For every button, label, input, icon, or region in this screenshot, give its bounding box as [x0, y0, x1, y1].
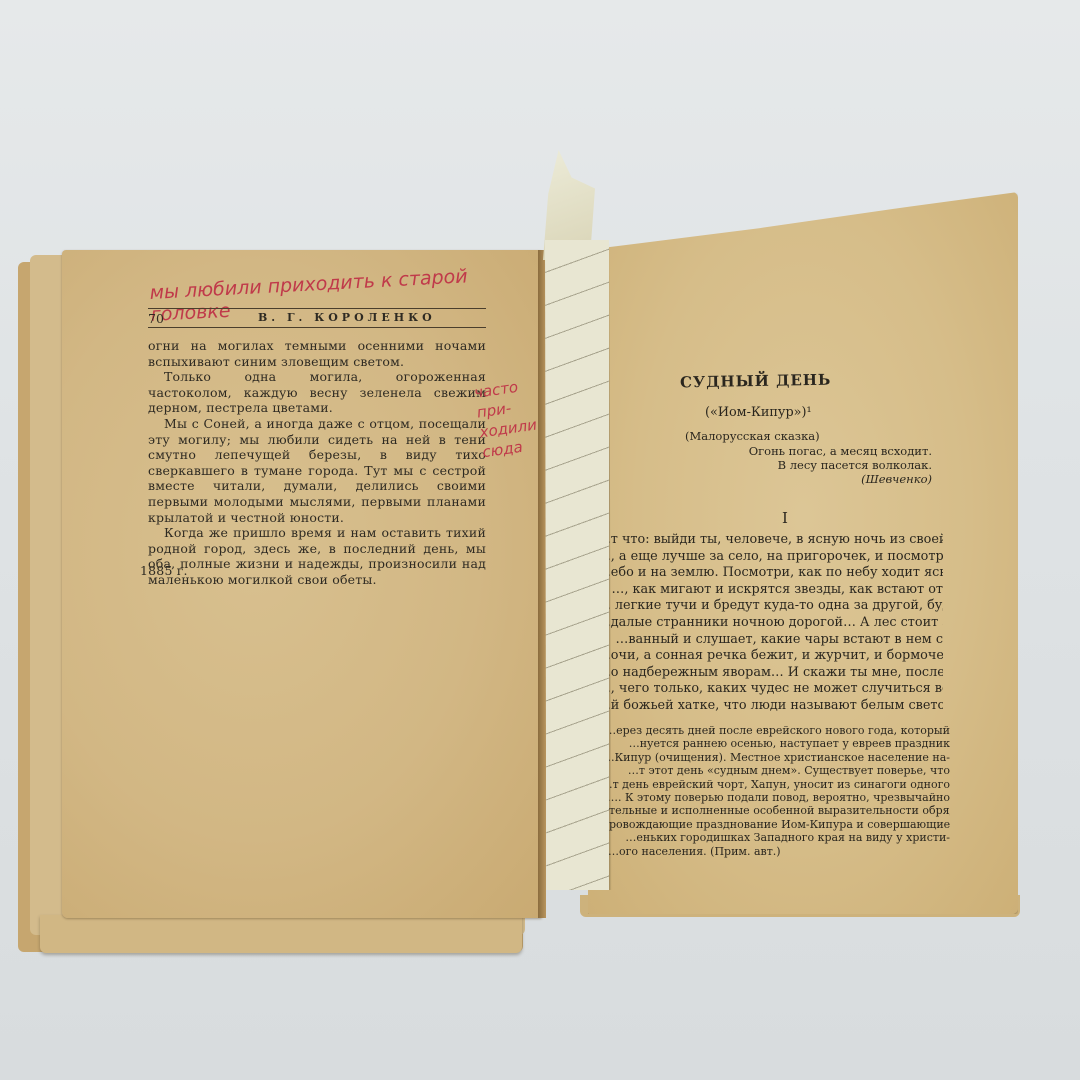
- epigraph-author: (Шевченко): [742, 472, 932, 486]
- body-line: …т что: выйди ты, человече, в ясную ночь…: [598, 532, 943, 549]
- running-head: В. Г. КОРОЛЕНКО: [258, 311, 436, 324]
- page-header: 70 В. Г. КОРОЛЕНКО: [148, 308, 486, 328]
- chapter-subtitle: («Иом-Кипур»)¹: [705, 405, 812, 422]
- footnote-line: …тельные и исполненные особенной выразит…: [598, 804, 950, 817]
- paper-bookmark[interactable]: [545, 240, 609, 890]
- footnote-line: …ерез десять дней после еврейского новог…: [598, 724, 950, 737]
- body-line: …очи, а сонная речка бежит, и журчит, и …: [598, 648, 943, 665]
- genre-label: (Малорусская сказка): [685, 428, 820, 445]
- right-page-body: …т что: выйди ты, человече, в ясную ночь…: [598, 532, 943, 715]
- body-line: …й божьей хатке, что люди называют белым…: [598, 698, 943, 715]
- left-page-body: огни на могилах темными осенними ночами …: [148, 338, 486, 588]
- footnote-line: …Кипур (очищения). Местное христианское …: [598, 751, 950, 764]
- epigraph-line: В лесу пасется волколак.: [742, 458, 932, 472]
- footnote: …ерез десять дней после еврейского новог…: [598, 724, 950, 858]
- epigraph-line: Огонь погас, а месяц всходит.: [742, 444, 932, 458]
- footnote-line: …нуется раннею осенью, наступает у еврее…: [598, 737, 950, 750]
- footnote-line: …ровождающие празднование Иом-Кипура и с…: [598, 818, 950, 831]
- paragraph: огни на могилах темными осенними ночами …: [148, 338, 486, 369]
- epigraph: Огонь погас, а месяц всходит. В лесу пас…: [742, 444, 932, 486]
- footnote-line: …еньких городишках Западного края на вид…: [598, 831, 950, 844]
- footnote-line: …т день еврейский чорт, Хапун, уносит из…: [598, 778, 950, 791]
- chapter-number: I: [782, 510, 788, 527]
- paragraph: Только одна могила, огороженная частокол…: [148, 369, 486, 416]
- body-line: … легкие тучи и бредут куда-то одна за д…: [598, 598, 943, 615]
- page-number: 70: [148, 311, 164, 326]
- date: 1885 г.: [140, 563, 188, 579]
- body-line: …ванный и слушает, какие чары встают в н…: [598, 632, 943, 649]
- chapter-title: СУДНЫЙ ДЕНЬ: [680, 371, 832, 392]
- footnote-line: …ого населения. (Прим. авт.): [598, 845, 950, 858]
- footnote-line: …. К этому поверью подали повод, вероятн…: [598, 791, 950, 804]
- book-gutter: [538, 250, 546, 918]
- body-line: …, а еще лучше за село, на пригорочек, и…: [598, 549, 943, 566]
- page-stack-bottom: [40, 915, 522, 953]
- footnote-line: …т этот день «судным днем». Существует п…: [598, 764, 950, 777]
- body-line: …ебо и на землю. Посмотри, как по небу х…: [598, 565, 943, 582]
- body-line: …, как мигают и искрятся звезды, как вст…: [598, 582, 943, 599]
- body-line: …, чего только, каких чудес не может слу…: [598, 681, 943, 698]
- paragraph: Мы с Соней, а иногда даже с отцом, посещ…: [148, 416, 486, 525]
- body-line: …о надбережным яворам… И скажи ты мне, п…: [598, 665, 943, 682]
- body-line: …далые странники ночною дорогой… А лес с…: [598, 615, 943, 632]
- paragraph: Когда же пришло время и нам оставить тих…: [148, 525, 486, 587]
